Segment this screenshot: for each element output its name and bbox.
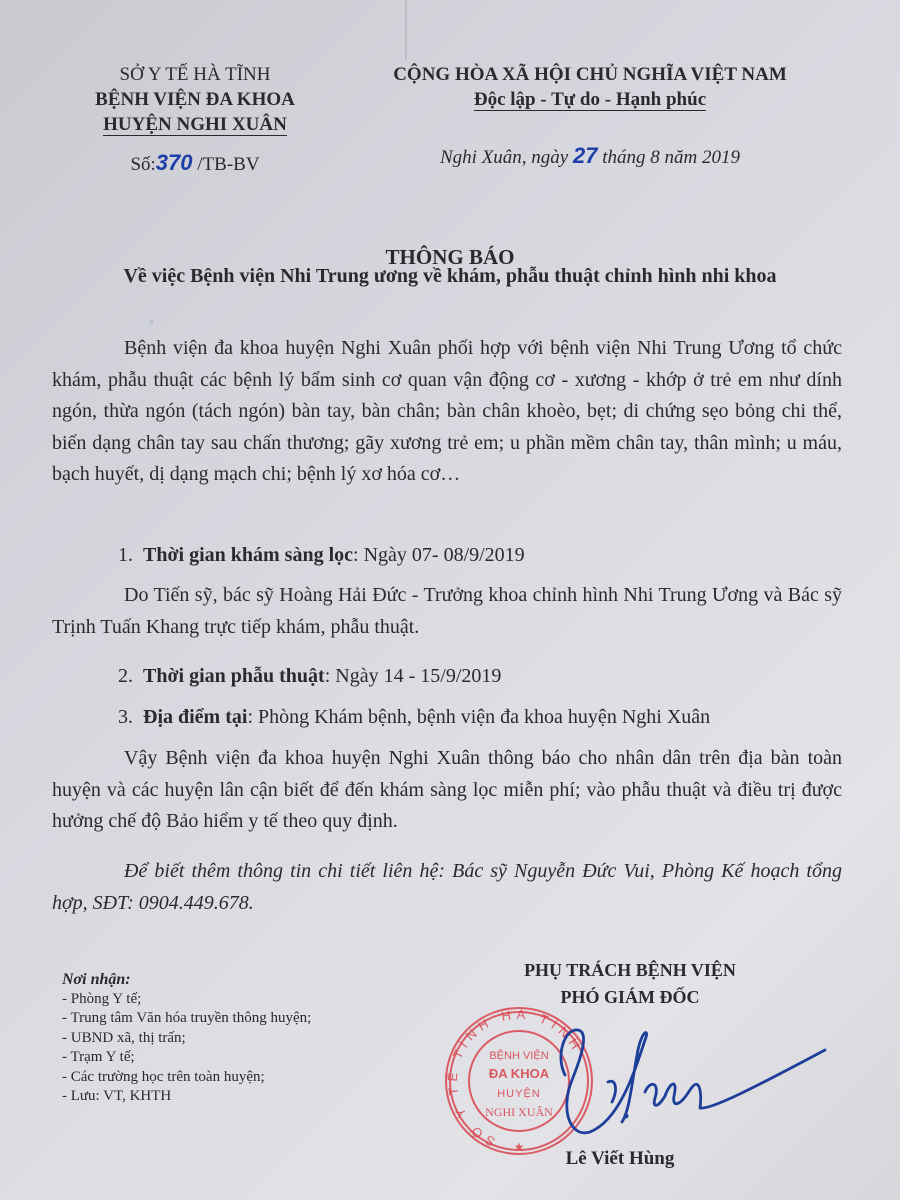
document-subtitle: Về việc Bệnh viện Nhi Trung ương về khám… — [0, 265, 900, 288]
recipient-item: - Trung tâm Văn hóa truyền thông huyện; — [62, 1009, 311, 1029]
svg-text:HUYỆN: HUYỆN — [497, 1087, 541, 1100]
svg-text:ĐA KHOA: ĐA KHOA — [489, 1066, 550, 1081]
issue-date: Nghi Xuân, ngày 27 tháng 8 năm 2019 — [355, 143, 825, 169]
svg-text:BỆNH VIỆN: BỆNH VIỆN — [489, 1049, 548, 1062]
recipient-item: - UBND xã, thị trấn; — [62, 1029, 311, 1049]
intro-paragraph: Bệnh viện đa khoa huyện Nghi Xuân phối h… — [52, 333, 842, 491]
item-number: 2. — [118, 665, 133, 687]
item-label: Thời gian khám sàng lọc — [143, 544, 353, 566]
handwritten-signature-icon — [550, 1020, 840, 1140]
item-number: 3. — [118, 706, 133, 728]
signer-role-line1: PHỤ TRÁCH BỆNH VIỆN — [450, 957, 810, 984]
number-suffix: /TB-BV — [197, 154, 259, 175]
number-value: 370 — [156, 150, 193, 175]
item-value: : Ngày 14 - 15/9/2019 — [325, 665, 502, 687]
item-label: Địa điểm tại — [143, 706, 247, 728]
recipient-item: - Phòng Y tế; — [62, 990, 311, 1010]
item-label: Thời gian phẫu thuật — [143, 665, 325, 687]
department-name: SỞ Y TẾ HÀ TĨNH — [40, 62, 350, 87]
paper-mark — [150, 320, 153, 324]
date-suffix: tháng 8 năm 2019 — [602, 147, 740, 168]
list-item-location: 3. Địa điểm tại: Phòng Khám bệnh, bệnh v… — [118, 706, 710, 729]
recipient-item: - Các trường học trên toàn huyện; — [62, 1068, 311, 1088]
document-number: Số:370 /TB-BV — [40, 150, 350, 176]
nation-name: CỘNG HÒA XÃ HỘI CHỦ NGHĨA VIỆT NAM — [355, 62, 825, 87]
recipients-heading: Nơi nhận: — [62, 970, 311, 990]
recipients-block: Nơi nhận: - Phòng Y tế; - Trung tâm Văn … — [62, 970, 311, 1107]
date-prefix: Nghi Xuân, ngày — [440, 147, 568, 168]
date-day: 27 — [573, 143, 597, 168]
recipient-item: - Trạm Y tế; — [62, 1048, 311, 1068]
item-value: : Ngày 07- 08/9/2019 — [353, 544, 525, 566]
list-item-screening-time: 1. Thời gian khám sàng lọc: Ngày 07- 08/… — [118, 544, 525, 567]
number-label: Số: — [130, 154, 155, 175]
doctors-paragraph: Do Tiến sỹ, bác sỹ Hoàng Hải Đức - Trưởn… — [52, 580, 842, 643]
paper-crease — [405, 0, 407, 60]
notice-paragraph: Vậy Bệnh viện đa khoa huyện Nghi Xuân th… — [52, 743, 842, 838]
contact-paragraph: Để biết thêm thông tin chi tiết liên hệ:… — [52, 856, 842, 919]
list-item-surgery-time: 2. Thời gian phẫu thuật: Ngày 14 - 15/9/… — [118, 665, 501, 688]
hospital-name-line1: BỆNH VIỆN ĐA KHOA — [40, 87, 350, 112]
recipient-item: - Lưu: VT, KHTH — [62, 1087, 311, 1107]
signer-name: Lê Viết Hùng — [450, 1148, 790, 1170]
svg-text:NGHI XUÂN: NGHI XUÂN — [485, 1105, 553, 1119]
hospital-name-line2: HUYỆN NGHI XUÂN — [103, 115, 287, 136]
item-value: : Phòng Khám bệnh, bệnh viện đa khoa huy… — [247, 706, 710, 728]
national-motto: Độc lập - Tự do - Hạnh phúc — [474, 89, 706, 111]
issuer-header: SỞ Y TẾ HÀ TĨNH BỆNH VIỆN ĐA KHOA HUYỆN … — [40, 62, 350, 137]
national-header: CỘNG HÒA XÃ HỘI CHỦ NGHĨA VIỆT NAM Độc l… — [355, 62, 825, 112]
item-number: 1. — [118, 544, 133, 566]
